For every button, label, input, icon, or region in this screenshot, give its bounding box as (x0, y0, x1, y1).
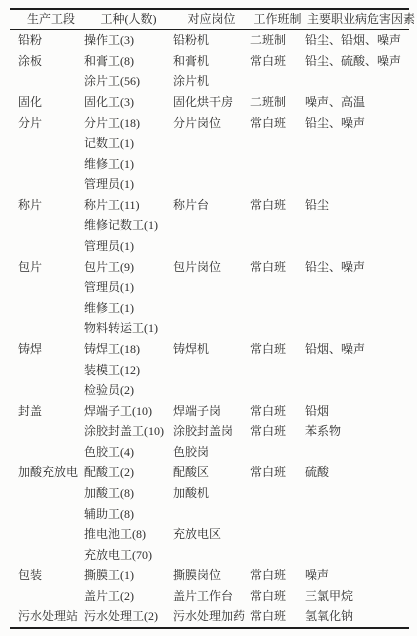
header-job-type-count: 工种(人数) (84, 13, 173, 25)
table-row: 污水处理站污水处理工(2)污水处理加药常白班氢氧化钠 (0, 606, 417, 627)
table-cell: 维修工(1) (84, 302, 173, 314)
table-cell: 加酸工(8) (84, 487, 173, 499)
table-cell: 常白班 (250, 425, 305, 437)
table-row: 充放电工(70) (0, 544, 417, 565)
table-row: 维修工(1) (0, 153, 417, 174)
table-cell: 色胶岗 (173, 446, 250, 458)
table-cell: 铸焊工(18) (84, 343, 173, 355)
header-corresponding-post: 对应岗位 (173, 13, 250, 25)
table-row: 铅粉操作工(3)铅粉机二班制铅尘、铅烟、噪声 (0, 30, 417, 51)
table-cell: 固化 (18, 96, 84, 108)
table-cell: 充放电区 (173, 528, 250, 540)
table-row: 涂胶封盖工(10)涂胶封盖岗常白班苯系物 (0, 421, 417, 442)
table-row: 涂片工(56)涂片机 (0, 71, 417, 92)
table-cell: 铅烟 (305, 405, 417, 417)
table-row: 管理员(1) (0, 174, 417, 195)
table-row: 铸焊铸焊工(18)铸焊机常白班铅烟、噪声 (0, 339, 417, 360)
table-cell: 污水处理工(2) (84, 610, 173, 622)
table-cell: 分片 (18, 117, 84, 129)
table-cell: 铸焊 (18, 343, 84, 355)
table-cell: 加酸充放电 (18, 466, 84, 478)
table-cell: 包装 (18, 569, 84, 581)
table-row: 维修记数工(1) (0, 215, 417, 236)
table-cell: 包片工(9) (84, 261, 173, 273)
table-cell: 撕膜岗位 (173, 569, 250, 581)
table-row: 检验员(2) (0, 380, 417, 401)
table-row: 管理员(1) (0, 236, 417, 257)
table-cell: 涂胶封盖岗 (173, 425, 250, 437)
table-cell: 包片 (18, 261, 84, 273)
table-cell: 称片台 (173, 199, 250, 211)
table-cell: 和膏机 (173, 55, 250, 67)
table-cell: 物料转运工(1) (84, 322, 173, 334)
table-cell: 和膏工(8) (84, 55, 173, 67)
table-cell: 硫酸 (305, 466, 417, 478)
table-cell: 三氯甲烷 (305, 590, 417, 602)
table-cell: 铅粉 (18, 34, 84, 46)
header-main-hazard-factors: 主要职业病危害因素 (305, 13, 417, 25)
table-cell: 常白班 (250, 117, 305, 129)
table-row: 色胶工(4)色胶岗 (0, 442, 417, 463)
table-cell: 检验员(2) (84, 384, 173, 396)
table-row: 称片称片工(11)称片台常白班铅尘 (0, 195, 417, 216)
table-cell: 涂胶封盖工(10) (84, 425, 173, 437)
table-cell: 盖片工作台 (173, 590, 250, 602)
table-row: 涂板和膏工(8)和膏机常白班铅尘、硫酸、噪声 (0, 51, 417, 72)
table-cell: 常白班 (250, 405, 305, 417)
table-row: 维修工(1) (0, 298, 417, 319)
table-row: 加酸工(8)加酸机 (0, 483, 417, 504)
table-cell: 常白班 (250, 610, 305, 622)
table-cell: 二班制 (250, 34, 305, 46)
table-row: 包装撕膜工(1)撕膜岗位常白班噪声 (0, 565, 417, 586)
table-cell: 常白班 (250, 569, 305, 581)
table-row: 物料转运工(1) (0, 318, 417, 339)
table-cell: 污水处理站 (18, 610, 84, 622)
scanned-paper-table-page: 生产工段 工种(人数) 对应岗位 工作班制 主要职业病危害因素 铅粉操作工(3)… (0, 0, 417, 636)
table-cell: 涂片机 (173, 75, 250, 87)
table-row: 推电池工(8)充放电区 (0, 524, 417, 545)
table-row: 辅助工(8) (0, 503, 417, 524)
table-cell: 辅助工(8) (84, 508, 173, 520)
table-cell: 涂片工(56) (84, 75, 173, 87)
table-cell: 维修记数工(1) (84, 219, 173, 231)
header-work-shift: 工作班制 (250, 13, 305, 25)
table-cell: 铅尘、噪声 (305, 261, 417, 273)
table-cell: 铅尘、噪声 (305, 117, 417, 129)
table-cell: 操作工(3) (84, 34, 173, 46)
table-cell: 撕膜工(1) (84, 569, 173, 581)
table-cell: 涂板 (18, 55, 84, 67)
table-cell: 常白班 (250, 261, 305, 273)
table-cell: 噪声、高温 (305, 96, 417, 108)
table-cell: 色胶工(4) (84, 446, 173, 458)
table-row: 记数工(1) (0, 133, 417, 154)
table-row: 管理员(1) (0, 277, 417, 298)
table-row: 封盖焊端子工(10)焊端子岗常白班铅烟 (0, 400, 417, 421)
table-cell: 装模工(12) (84, 364, 173, 376)
table-cell: 封盖 (18, 405, 84, 417)
table-cell: 包片岗位 (173, 261, 250, 273)
table-cell: 苯系物 (305, 425, 417, 437)
table-cell: 记数工(1) (84, 137, 173, 149)
table-cell: 分片岗位 (173, 117, 250, 129)
table-cell: 常白班 (250, 199, 305, 211)
table-row: 盖片工(2)盖片工作台常白班三氯甲烷 (0, 586, 417, 607)
table-cell: 二班制 (250, 96, 305, 108)
table-cell: 氢氧化钠 (305, 610, 417, 622)
table-cell: 铅烟、噪声 (305, 343, 417, 355)
table-cell: 管理员(1) (84, 240, 173, 252)
table-cell: 维修工(1) (84, 158, 173, 170)
table-cell: 污水处理加药 (173, 610, 250, 622)
header-production-section: 生产工段 (18, 13, 84, 25)
table-row: 装模工(12) (0, 359, 417, 380)
table-cell: 铸焊机 (173, 343, 250, 355)
table-cell: 铅尘 (305, 199, 417, 211)
table-row: 固化固化工(3)固化烘干房二班制噪声、高温 (0, 92, 417, 113)
table-row: 分片分片工(18)分片岗位常白班铅尘、噪声 (0, 112, 417, 133)
table-cell: 配酸工(2) (84, 466, 173, 478)
table-body: 铅粉操作工(3)铅粉机二班制铅尘、铅烟、噪声涂板和膏工(8)和膏机常白班铅尘、硫… (0, 30, 417, 627)
table-cell: 称片工(11) (84, 199, 173, 211)
table-cell: 称片 (18, 199, 84, 211)
table-cell: 铅尘、硫酸、噪声 (305, 55, 417, 67)
table-cell: 配酸区 (173, 466, 250, 478)
table-cell: 常白班 (250, 590, 305, 602)
table-bottom-rule (10, 627, 409, 629)
table-header-row: 生产工段 工种(人数) 对应岗位 工作班制 主要职业病危害因素 (0, 9, 417, 29)
table-row: 加酸充放电配酸工(2)配酸区常白班硫酸 (0, 462, 417, 483)
table-cell: 盖片工(2) (84, 590, 173, 602)
table-cell: 噪声 (305, 569, 417, 581)
table-cell: 充放电工(70) (84, 549, 173, 561)
table-cell: 管理员(1) (84, 178, 173, 190)
table-cell: 分片工(18) (84, 117, 173, 129)
table-cell: 固化烘干房 (173, 96, 250, 108)
table-cell: 常白班 (250, 466, 305, 478)
table-cell: 加酸机 (173, 487, 250, 499)
table-cell: 铅尘、铅烟、噪声 (305, 34, 417, 46)
table-cell: 管理员(1) (84, 281, 173, 293)
table-cell: 常白班 (250, 55, 305, 67)
table-row: 包片包片工(9)包片岗位常白班铅尘、噪声 (0, 256, 417, 277)
table-cell: 固化工(3) (84, 96, 173, 108)
table-cell: 常白班 (250, 343, 305, 355)
table-cell: 焊端子岗 (173, 405, 250, 417)
table-cell: 焊端子工(10) (84, 405, 173, 417)
table-cell: 推电池工(8) (84, 528, 173, 540)
table-cell: 铅粉机 (173, 34, 250, 46)
